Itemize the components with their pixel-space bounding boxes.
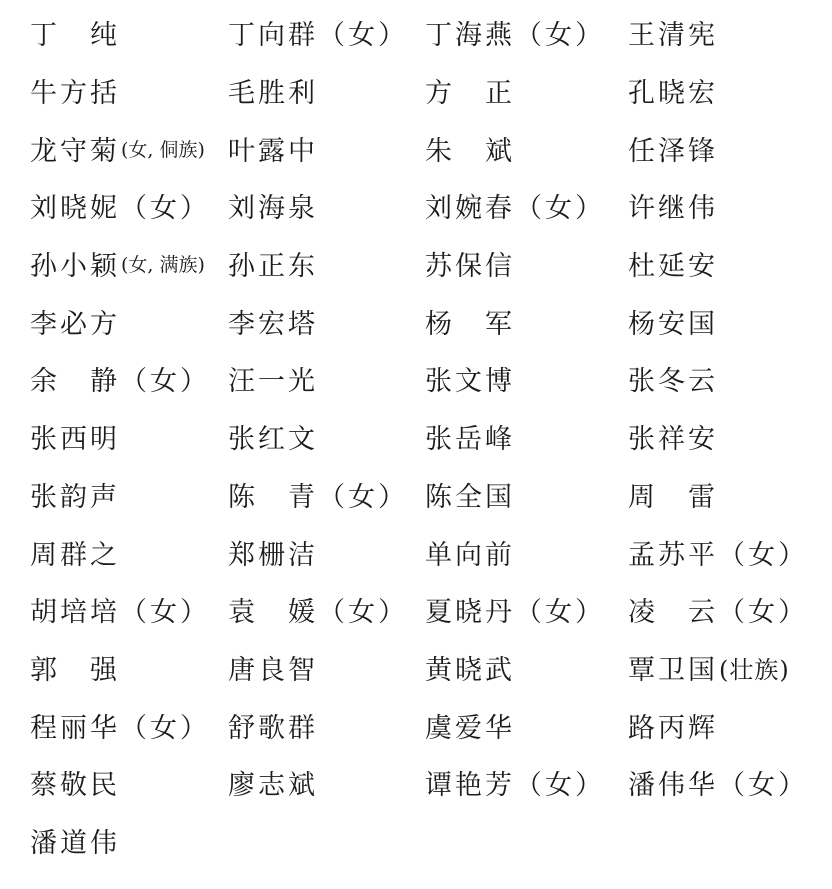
name-cell: 夏晓丹（女） [425,581,628,639]
person-name: 张祥安 [628,417,718,456]
person-name: 张岳峰 [425,417,515,456]
name-cell: 张冬云 [628,350,832,408]
person-name: 张西明 [30,417,120,456]
name-cell: 唐良智 [228,639,425,697]
name-cell: 李宏塔 [228,292,425,350]
person-name: 胡培培（女） [30,590,210,629]
name-cell: 杨 军 [425,292,628,350]
name-cell: 凌 云（女） [628,581,832,639]
person-name: 丁向群（女） [228,13,408,52]
name-cell: 郑栅洁 [228,523,425,581]
person-name: 杨 军 [425,302,515,341]
name-cell: 蔡敬民 [30,754,228,812]
person-name: 余 静（女） [30,359,210,398]
person-name: 李必方 [30,302,120,341]
name-cell: 丁海燕（女） [425,4,628,62]
name-cell: 覃卫国(壮族) [628,639,832,697]
name-cell: 胡培培（女） [30,581,228,639]
person-name: 刘海泉 [228,186,318,225]
person-name: 程丽华（女） [30,706,210,745]
person-name: 廖志斌 [228,763,318,802]
name-cell: 朱 斌 [425,119,628,177]
name-cell: 周群之 [30,523,228,581]
person-name: 张韵声 [30,475,120,514]
person-name: 张文博 [425,359,515,398]
name-cell: 潘伟华（女） [628,754,832,812]
name-cell: 陈 青（女） [228,466,425,524]
name-cell: 毛胜利 [228,62,425,120]
name-cell: 陈全国 [425,466,628,524]
name-cell: 刘婉春（女） [425,177,628,235]
person-name: 龙守菊 [30,129,120,168]
name-cell: 孟苏平（女） [628,523,832,581]
person-name: 毛胜利 [228,71,318,110]
name-cell: 杜延安 [628,235,832,293]
person-name: 陈全国 [425,475,515,514]
person-name: 刘晓妮（女） [30,186,210,225]
name-cell: 方 正 [425,62,628,120]
gender-ethnicity-note: (女, 满族) [121,250,205,277]
name-cell: 张文博 [425,350,628,408]
name-roster-page: 丁 纯丁向群（女）丁海燕（女）王清宪牛方括毛胜利方 正孔晓宏龙守菊(女, 侗族)… [0,0,832,889]
person-name: 丁海燕（女） [425,13,605,52]
person-name: 覃卫国 [628,648,718,687]
name-cell: 张韵声 [30,466,228,524]
name-cell: 刘晓妮（女） [30,177,228,235]
name-cell: 牛方括 [30,62,228,120]
name-cell: 张红文 [228,408,425,466]
name-cell: 余 静（女） [30,350,228,408]
person-name: 夏晓丹（女） [425,590,605,629]
person-name: 杨安国 [628,302,718,341]
name-cell: 虞爱华 [425,696,628,754]
name-cell: 刘海泉 [228,177,425,235]
name-cell: 谭艳芳（女） [425,754,628,812]
gender-ethnicity-note: (壮族) [719,650,790,685]
person-name: 虞爱华 [425,706,515,745]
name-grid: 丁 纯丁向群（女）丁海燕（女）王清宪牛方括毛胜利方 正孔晓宏龙守菊(女, 侗族)… [30,4,832,869]
name-cell: 丁 纯 [30,4,228,62]
name-cell: 李必方 [30,292,228,350]
person-name: 孔晓宏 [628,71,718,110]
person-name: 刘婉春（女） [425,186,605,225]
person-name: 丁 纯 [30,13,120,52]
name-cell: 杨安国 [628,292,832,350]
person-name: 袁 媛（女） [228,590,408,629]
person-name: 谭艳芳（女） [425,763,605,802]
name-cell: 郭 强 [30,639,228,697]
person-name: 任泽锋 [628,129,718,168]
name-cell: 张西明 [30,408,228,466]
name-cell: 叶露中 [228,119,425,177]
person-name: 张红文 [228,417,318,456]
person-name: 郑栅洁 [228,533,318,572]
name-cell: 苏保信 [425,235,628,293]
name-cell: 袁 媛（女） [228,581,425,639]
person-name: 潘伟华（女） [628,763,808,802]
person-name: 潘道伟 [30,821,120,860]
name-cell: 王清宪 [628,4,832,62]
name-cell: 黄晓武 [425,639,628,697]
name-cell: 潘道伟 [30,812,228,870]
name-cell: 周 雷 [628,466,832,524]
gender-ethnicity-note: (女, 侗族) [121,135,205,162]
person-name: 单向前 [425,533,515,572]
name-cell: 廖志斌 [228,754,425,812]
person-name: 唐良智 [228,648,318,687]
person-name: 汪一光 [228,359,318,398]
name-cell: 舒歌群 [228,696,425,754]
person-name: 路丙辉 [628,706,718,745]
name-cell: 孙小颖(女, 满族) [30,235,228,293]
person-name: 李宏塔 [228,302,318,341]
name-cell: 程丽华（女） [30,696,228,754]
name-cell: 丁向群（女） [228,4,425,62]
person-name: 许继伟 [628,186,718,225]
person-name: 郭 强 [30,648,120,687]
person-name: 叶露中 [228,129,318,168]
name-cell: 张祥安 [628,408,832,466]
name-cell: 孔晓宏 [628,62,832,120]
name-cell: 路丙辉 [628,696,832,754]
person-name: 杜延安 [628,244,718,283]
person-name: 方 正 [425,71,515,110]
person-name: 孙正东 [228,244,318,283]
person-name: 陈 青（女） [228,475,408,514]
person-name: 周 雷 [628,475,718,514]
name-cell: 张岳峰 [425,408,628,466]
person-name: 苏保信 [425,244,515,283]
person-name: 周群之 [30,533,120,572]
person-name: 孙小颖 [30,244,120,283]
name-cell: 单向前 [425,523,628,581]
person-name: 蔡敬民 [30,763,120,802]
person-name: 牛方括 [30,71,120,110]
name-cell: 龙守菊(女, 侗族) [30,119,228,177]
person-name: 朱 斌 [425,129,515,168]
name-cell: 孙正东 [228,235,425,293]
name-cell: 任泽锋 [628,119,832,177]
person-name: 孟苏平（女） [628,533,808,572]
name-cell: 汪一光 [228,350,425,408]
name-cell: 许继伟 [628,177,832,235]
person-name: 舒歌群 [228,706,318,745]
person-name: 张冬云 [628,359,718,398]
person-name: 黄晓武 [425,648,515,687]
person-name: 王清宪 [628,13,718,52]
person-name: 凌 云（女） [628,590,808,629]
